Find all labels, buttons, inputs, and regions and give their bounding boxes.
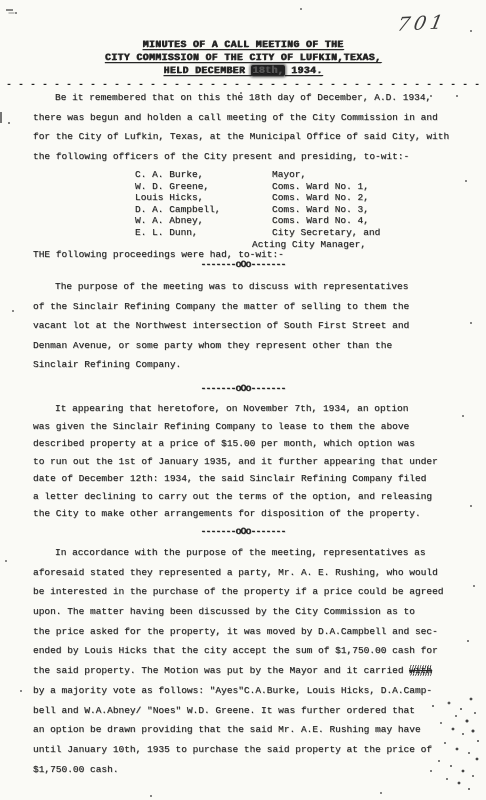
officer-row: Louis Hicks, Coms. Ward No. 2, — [0, 192, 486, 204]
officer-name: C. A. Burke, — [135, 169, 203, 181]
officer-title: Coms. Ward No. 3, — [272, 204, 369, 216]
text-line: described property at a price of $15.00 … — [33, 438, 463, 456]
text-line: ended by Louis Hicks that the city accep… — [33, 645, 463, 665]
title-line-3: HELD DECEMBER 18th, 1934. — [0, 64, 486, 77]
title-line-2: CITY COMMISSION OF THE CITY OF LUFKIN,TE… — [0, 51, 486, 64]
text-line: aforesaid stated they represented a part… — [33, 567, 463, 587]
officer-row: E. L. Dunn, City Secretary, and — [0, 227, 486, 239]
officer-title: Coms. Ward No. 2, — [272, 192, 369, 204]
officer-name: W. D. Greene, — [135, 181, 209, 193]
officer-row: C. A. Burke, Mayor, — [0, 169, 486, 181]
section-separator: -------oOo------- — [0, 527, 486, 538]
text-line: was given the Sinclair Refining Company … — [33, 421, 463, 439]
text-line: bell and W.A.Abney/ "Noes" W.D. Greene. … — [33, 705, 463, 725]
text-line: Be it remembered that on this the 18th d… — [33, 92, 463, 112]
text-line: The purpose of the meeting was to discus… — [33, 281, 463, 301]
officer-roster: C. A. Burke, Mayor, W. D. Greene, Coms. … — [0, 169, 486, 250]
text-line: Sinclair Refining Company. — [33, 359, 463, 379]
text-line: a letter declining to carry out the term… — [33, 491, 463, 509]
section-separator: -------oOo------- — [0, 260, 486, 271]
title-line-1: MINUTES OF A CALL MEETING OF THE — [0, 38, 486, 51]
purpose-paragraph: The purpose of the meeting was to discus… — [33, 281, 463, 379]
officer-title: Mayor, — [272, 169, 306, 181]
scan-noise-speckles — [0, 0, 2, 2]
option-paragraph: It appearing that heretofore, on Novembe… — [33, 403, 463, 526]
scanned-document-page: 701 MINUTES OF A CALL MEETING OF THE CIT… — [0, 0, 486, 800]
document-title: MINUTES OF A CALL MEETING OF THE CITY CO… — [0, 38, 486, 77]
officer-name: W. A. Abney, — [135, 215, 203, 227]
text-line: for the City of Lufkin, Texas, at the Mu… — [33, 131, 463, 151]
text-line-with-strikeout: the said property. The Motion was put by… — [33, 665, 463, 685]
scan-corner-artifact — [6, 9, 13, 11]
text-line: an option be drawn providing that the sa… — [33, 724, 463, 744]
officer-row: W. D. Greene, Coms. Ward No. 1, — [0, 181, 486, 193]
text-line: until January 10th, 1935 to purchase the… — [33, 744, 463, 764]
text-line: vacant lot at the Northwest intersection… — [33, 320, 463, 340]
text-line: be interested in the purchase of the pro… — [33, 586, 463, 606]
text-line: Denman Avenue, or some party whom they r… — [33, 340, 463, 360]
handwritten-page-number: 701 — [395, 10, 470, 36]
intro-paragraph: Be it remembered that on this the 18th d… — [33, 92, 463, 170]
dashed-rule: - - - - - - - - - - - - - - - - - - - - … — [6, 80, 480, 91]
text-line: the City to make other arrangements for … — [33, 508, 463, 526]
proceedings-line: THE following proceedings were had, to-w… — [33, 249, 284, 260]
officer-title: Coms. Ward No. 1, — [272, 181, 369, 193]
action-paragraph: In accordance with the purpose of the me… — [33, 547, 463, 783]
text-line: $1,750.00 cash. — [33, 764, 463, 784]
officer-title: Coms. Ward No. 4, — [272, 215, 369, 227]
scan-edge-artifact — [0, 112, 2, 123]
text-line: of the Sinclair Refining Company the mat… — [33, 301, 463, 321]
text-line: to run out the 1st of January 1935, and … — [33, 456, 463, 474]
officer-row: D. A. Campbell, Coms. Ward No. 3, — [0, 204, 486, 216]
section-separator: -------oOo------- — [0, 384, 486, 395]
officer-name: Louis Hicks, — [135, 192, 203, 204]
officer-row: W. A. Abney, Coms. Ward No. 4, — [0, 215, 486, 227]
text-line: upon. The matter having been discussed b… — [33, 606, 463, 626]
text-line: date of December 12th: 1934, the said Si… — [33, 473, 463, 491]
officer-name: E. L. Dunn, — [135, 227, 198, 239]
overstruck-date: 18th, — [251, 65, 284, 76]
text-line: the following officers of the City prese… — [33, 151, 463, 171]
text-line: It appearing that heretofore, on Novembe… — [33, 403, 463, 421]
struck-out-word: with — [409, 665, 432, 676]
text-line: the price asked for the property, it was… — [33, 626, 463, 646]
text-line: In accordance with the purpose of the me… — [33, 547, 463, 567]
officer-name: D. A. Campbell, — [135, 204, 221, 216]
text-line: there was begun and holden a call meetin… — [33, 112, 463, 132]
officer-title: City Secretary, and — [272, 227, 380, 239]
text-line: by a majority vote as follows: "Ayes"C.A… — [33, 685, 463, 705]
